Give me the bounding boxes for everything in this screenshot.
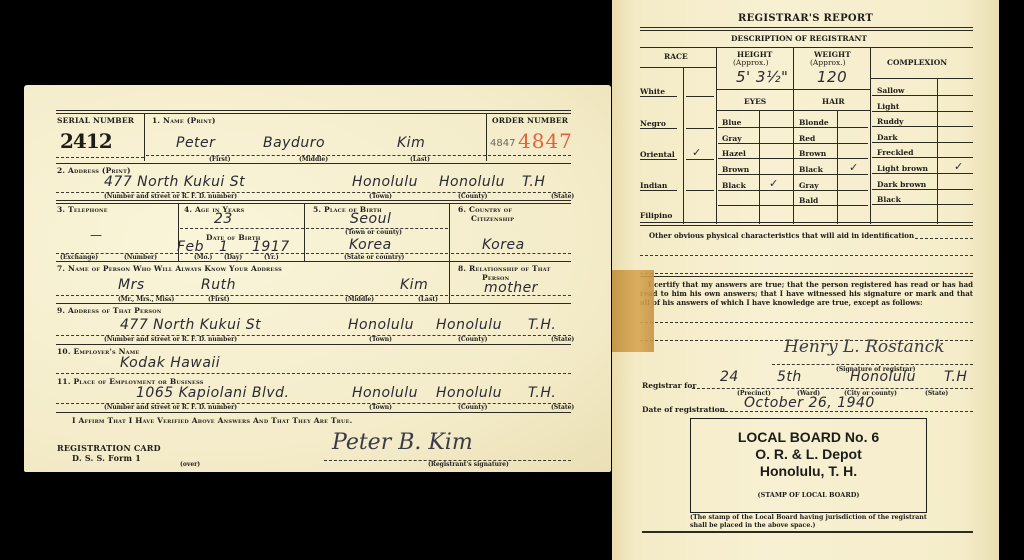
stamp-note: (The stamp of the Local Board having jur…	[690, 514, 935, 529]
divider	[718, 143, 868, 144]
complexion-option-freckled: Freckled	[877, 148, 914, 157]
contact-title-value: Mrs	[118, 277, 145, 293]
divider	[449, 203, 450, 303]
divider	[716, 47, 717, 224]
hair-option-bald: Bald	[799, 196, 818, 205]
divider	[686, 128, 714, 129]
hair-option-black: Black	[799, 165, 823, 174]
contact-first-value: Ruth	[201, 277, 236, 293]
relationship-label: 8. Relationship of That	[458, 264, 550, 273]
divider	[56, 344, 571, 345]
last-name-value: Kim	[397, 135, 425, 151]
number-caption: (Number)	[124, 254, 157, 261]
county-caption: (County)	[458, 193, 487, 200]
order-number-label: ORDER NUMBER	[492, 116, 568, 125]
race-header: RACE	[664, 52, 688, 61]
middle-name-caption: (Middle)	[299, 156, 328, 163]
order-number-handwritten: 4847	[490, 138, 515, 149]
contact-address-county-value: Honolulu	[436, 317, 502, 333]
divider	[716, 110, 870, 111]
citizenship-label: 6. Country of	[458, 205, 512, 214]
registration-card-front: SERIAL NUMBER 2412 1. Name (Print) Peter…	[24, 85, 611, 472]
tape-stain	[612, 270, 654, 352]
middle-name-value: Bayduro	[263, 135, 325, 151]
county-caption: (County)	[458, 336, 487, 343]
divider	[56, 110, 571, 114]
complexion-option-light-brown: Light brown	[877, 164, 928, 173]
state-caption: (State)	[551, 336, 574, 343]
divider	[640, 276, 973, 277]
telephone-label: 3. Telephone	[57, 205, 108, 214]
street-caption: (Number and street or R. F. D. number)	[104, 336, 237, 343]
last-name-caption: (Last)	[410, 156, 430, 163]
hair-black-check-icon: ✓	[849, 161, 858, 174]
name-label: 1. Name (Print)	[152, 116, 216, 125]
divider	[718, 127, 868, 128]
divider	[640, 27, 973, 31]
divider	[872, 204, 973, 205]
hair-header: HAIR	[822, 97, 845, 106]
dotted-line	[56, 157, 144, 158]
dotted-line	[56, 373, 571, 374]
first-name-value: Peter	[176, 135, 215, 151]
order-number-stamped: 4847	[518, 129, 573, 153]
race-option-indian: Indian	[640, 181, 667, 190]
divider	[640, 222, 973, 226]
divider	[718, 158, 868, 159]
race-option-negro: Negro	[640, 119, 666, 128]
middle-caption: (Middle)	[345, 296, 374, 303]
employment-county-value: Honolulu	[436, 385, 502, 401]
divider	[872, 126, 973, 127]
complexion-option-ruddy: Ruddy	[877, 117, 904, 126]
state-caption: (State)	[925, 390, 948, 397]
town-caption: (Town)	[369, 193, 392, 200]
title-caption: (Mr., Mrs., Miss)	[118, 296, 174, 303]
street-caption: (Number and street or R. F. D. number)	[104, 404, 237, 411]
race-option-filipino: Filipino	[640, 211, 672, 220]
divider	[793, 47, 794, 224]
registrant-signature: Peter B. Kim	[332, 430, 473, 455]
hair-option-brown: Brown	[799, 149, 826, 158]
day-caption: (Day)	[224, 254, 242, 261]
ward-value: 5th	[777, 369, 802, 385]
dotted-line	[451, 253, 571, 254]
divider	[872, 95, 973, 96]
state-caption: (State)	[551, 404, 574, 411]
divider	[872, 189, 973, 190]
eyes-option-gray: Gray	[722, 134, 742, 143]
divider	[716, 89, 870, 90]
eyes-header: EYES	[744, 97, 766, 106]
address-county-value: Honolulu	[439, 174, 505, 190]
divider	[144, 113, 145, 161]
hair-option-red: Red	[799, 134, 815, 143]
contact-last-value: Kim	[400, 277, 428, 293]
dotted-line	[488, 155, 571, 156]
eyes-option-black: Black	[722, 181, 746, 190]
complexion-option-sallow: Sallow	[877, 86, 904, 95]
divider	[486, 113, 487, 161]
divider	[640, 190, 677, 191]
registrar-for-label: Registrar for	[642, 381, 696, 390]
dotted-line	[180, 228, 304, 229]
divider	[640, 47, 973, 48]
stamp-line-3: Honolulu, T. H.	[691, 463, 926, 479]
divider	[872, 142, 973, 143]
street-caption: (Number and street or R. F. D. number)	[104, 193, 237, 200]
complexion-light-brown-check-icon: ✓	[954, 160, 963, 173]
registrars-report-back: REGISTRAR'S REPORT DESCRIPTION OF REGIST…	[612, 0, 999, 560]
citizenship-value: Korea	[482, 237, 525, 253]
contact-address-town-value: Honolulu	[348, 317, 414, 333]
last-caption: (Last)	[418, 296, 438, 303]
complexion-header: COMPLEXION	[887, 58, 947, 67]
hair-option-gray: Gray	[799, 181, 819, 190]
hair-option-blonde: Blonde	[799, 118, 829, 127]
race-option-white: White	[640, 87, 665, 96]
divider	[870, 78, 973, 79]
divider	[686, 96, 714, 97]
serial-number-value: 2412	[60, 129, 112, 153]
local-board-stamp: LOCAL BOARD No. 6 O. R. & L. Depot Honol…	[690, 418, 927, 513]
exchange-caption: (Exchange)	[60, 254, 98, 261]
divider	[686, 159, 714, 160]
divider	[56, 303, 571, 304]
relationship-value: mother	[484, 280, 538, 296]
first-name-caption: (First)	[209, 156, 231, 163]
town-or-county-caption: (Town or county)	[345, 229, 402, 236]
state-caption: (State)	[551, 193, 574, 200]
form-id: D. S. S. Form 1	[72, 453, 141, 463]
serial-number-label: SERIAL NUMBER	[57, 116, 134, 125]
divider	[56, 261, 571, 262]
dotted-line	[56, 295, 448, 296]
divider	[640, 159, 677, 160]
dotted-line	[772, 364, 973, 365]
contact-address-street-value: 477 North Kukui St	[120, 317, 261, 333]
affirmation-text: I Affirm That I Have Verified Above Answ…	[72, 416, 352, 425]
stamp-line-2: O. R. & L. Depot	[691, 446, 926, 462]
state-value: T.H	[944, 369, 967, 385]
first-caption: (First)	[208, 296, 230, 303]
divider	[872, 173, 973, 174]
stamp-line-1: LOCAL BOARD No. 6	[691, 429, 926, 445]
state-or-country-caption: (State or country)	[344, 254, 404, 261]
year-caption: (Yr.)	[264, 254, 279, 261]
dotted-line	[640, 255, 973, 256]
divider	[640, 128, 677, 129]
date-of-registration-label: Date of registration	[642, 405, 725, 414]
address-street-value: 477 North Kukui St	[104, 174, 245, 190]
divider	[870, 47, 871, 224]
city-value: Honolulu	[850, 369, 916, 385]
complexion-option-dark-brown: Dark brown	[877, 180, 926, 189]
citizenship-label-line2: Citizenship	[471, 214, 514, 223]
report-title: REGISTRAR'S REPORT	[738, 13, 873, 24]
town-caption: (Town)	[369, 336, 392, 343]
address-state-value: T.H	[522, 174, 545, 190]
other-characteristics-label: Other obvious physical characteristics t…	[649, 231, 914, 240]
dotted-line	[640, 273, 973, 274]
divider	[304, 203, 305, 261]
weight-value: 120	[817, 68, 847, 86]
age-value: 23	[214, 211, 233, 227]
weight-approx-caption: (Approx.)	[810, 58, 846, 67]
month-caption: (Mo.)	[194, 254, 212, 261]
divider	[642, 531, 973, 533]
height-approx-caption: (Approx.)	[733, 58, 769, 67]
dotted-line	[915, 238, 973, 239]
employer-value: Kodak Hawaii	[120, 355, 220, 371]
eyes-black-check-icon: ✓	[769, 177, 778, 190]
race-oriental-check-icon: ✓	[692, 146, 701, 159]
divider	[640, 96, 677, 97]
signature-caption: (Registrant's signature)	[428, 461, 509, 468]
height-value: 5' 3½"	[736, 68, 788, 86]
date-of-registration-value: October 26, 1940	[744, 395, 875, 411]
town-caption: (Town)	[369, 404, 392, 411]
birthplace-state-value: Korea	[349, 237, 392, 253]
complexion-option-black: Black	[877, 195, 901, 204]
divider	[718, 174, 868, 175]
eyes-option-brown: Brown	[722, 165, 749, 174]
employment-state-value: T.H.	[528, 385, 556, 401]
divider	[718, 205, 868, 206]
divider	[872, 111, 973, 112]
eyes-option-hazel: Hazel	[722, 149, 746, 158]
divider	[683, 67, 684, 224]
eyes-option-blue: Blue	[722, 118, 741, 127]
dotted-line	[451, 295, 571, 296]
divider	[937, 78, 938, 224]
telephone-value: —	[90, 228, 103, 242]
divider	[640, 67, 716, 68]
certification-text: I certify that my answers are true; that…	[640, 280, 973, 307]
divider	[56, 163, 571, 164]
complexion-option-dark: Dark	[877, 133, 898, 142]
contact-address-label: 9. Address of That Person	[57, 306, 162, 315]
precinct-value: 24	[720, 369, 739, 385]
divider	[718, 190, 868, 191]
dotted-line	[692, 388, 973, 389]
address-town-value: Honolulu	[352, 174, 418, 190]
divider	[56, 200, 571, 204]
dotted-line	[640, 322, 973, 323]
dotted-line	[720, 411, 973, 412]
employment-town-value: Honolulu	[352, 385, 418, 401]
county-caption: (County)	[458, 404, 487, 411]
stamp-caption: (STAMP OF LOCAL BOARD)	[691, 491, 926, 499]
over-text: (over)	[180, 461, 200, 468]
divider	[872, 157, 973, 158]
contact-address-state-value: T.H.	[528, 317, 556, 333]
employment-street-value: 1065 Kapiolani Blvd.	[136, 385, 289, 401]
description-subtitle: DESCRIPTION OF REGISTRANT	[731, 34, 867, 43]
race-option-oriental: Oriental	[640, 150, 675, 159]
divider	[686, 190, 714, 191]
contact-person-label: 7. Name of Person Who Will Always Know Y…	[57, 264, 282, 273]
registrar-signature: Henry L. Rostanck	[784, 337, 945, 357]
divider	[56, 412, 571, 413]
card-title: REGISTRATION CARD	[57, 443, 161, 453]
birthplace-town-value: Seoul	[350, 211, 391, 227]
complexion-option-light: Light	[877, 102, 899, 111]
